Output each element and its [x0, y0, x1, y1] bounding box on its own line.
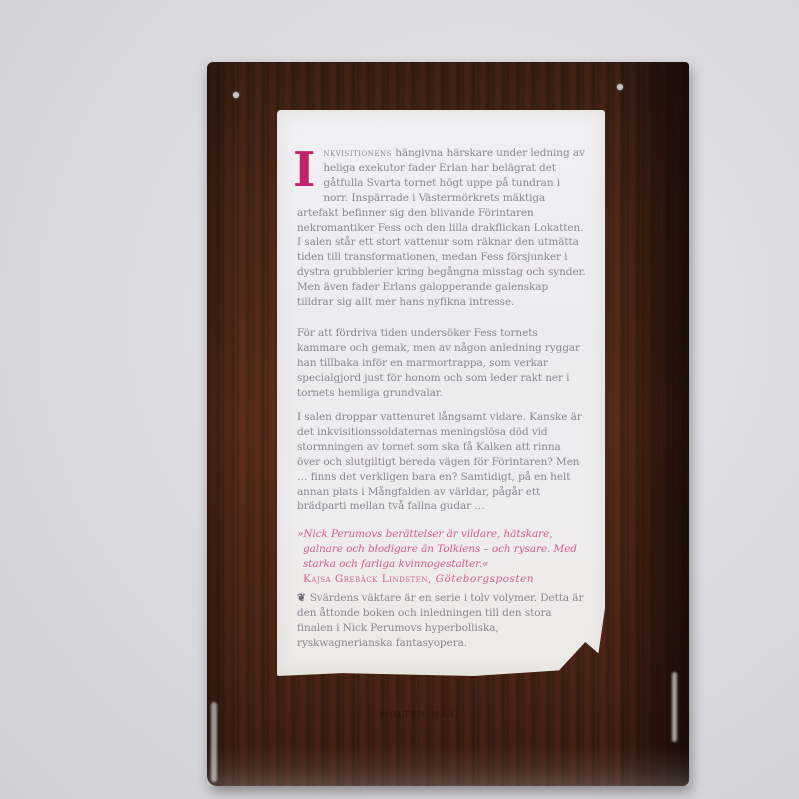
book-spine-shadow — [619, 62, 689, 786]
jacket-glare-right — [672, 672, 677, 742]
jacket-glare — [207, 746, 689, 786]
dropcap-initial: I — [293, 146, 315, 192]
series-note: ❦Svärdens väktare är en serie i tolv vol… — [297, 591, 587, 651]
rivet-icon — [617, 84, 623, 90]
blurb-paragraph-1: I nkvisitionens hängivna härskare under … — [297, 146, 587, 310]
publisher-mark: MOLTEN MAAL — [380, 710, 462, 719]
quote-author: Kajsa Grebäck Lindsten, — [303, 573, 436, 585]
quote-attribution: Kajsa Grebäck Lindsten, Göteborgsposten — [303, 572, 587, 587]
blurb-paragraph-2: För att fördriva tiden undersöker Fess t… — [297, 326, 587, 401]
series-text: Svärdens väktare är en serie i tolv voly… — [297, 592, 583, 649]
jacket-glare-left — [211, 702, 217, 782]
paragraph-1-text: hängivna härskare under ledning av helig… — [297, 147, 586, 308]
dropcap-lead-word: nkvisitionens — [323, 147, 392, 159]
quote-text: »Nick Perumovs berättelser är vildare, h… — [297, 528, 577, 570]
blurb-paragraph-3: I salen droppar vattenuret långsamt vida… — [297, 410, 587, 514]
fleuron-icon: ❦ — [297, 592, 306, 604]
review-quote: »Nick Perumovs berättelser är vildare, h… — [297, 527, 587, 587]
quote-source: Göteborgsposten — [436, 573, 534, 585]
blurb-label: I nkvisitionens hängivna härskare under … — [277, 110, 605, 676]
rivet-icon — [233, 92, 239, 98]
